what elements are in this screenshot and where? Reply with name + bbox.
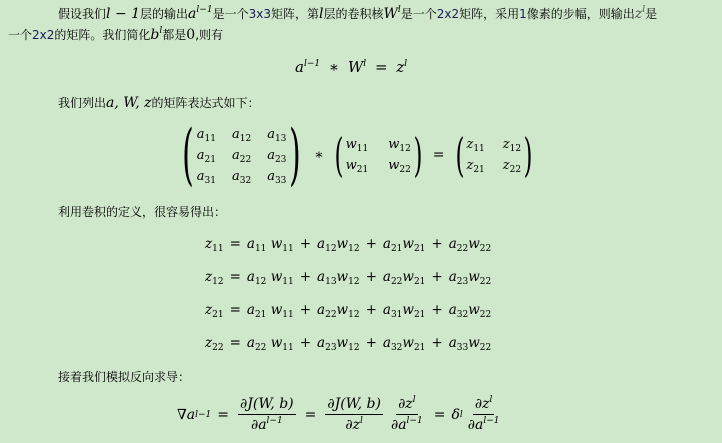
subscript: 22 — [457, 244, 468, 254]
right-paren: ) — [289, 122, 301, 188]
matrix-z: z11 z12 z21 z22 — [466, 137, 521, 173]
subscript: 33 — [275, 176, 286, 186]
subscript: 13 — [275, 134, 286, 144]
denominator: ∂al−1 — [249, 415, 285, 433]
subscript: 22 — [255, 343, 266, 353]
subscript: 22 — [212, 343, 223, 353]
number: 2x2 — [437, 7, 459, 21]
left-paren: ( — [455, 132, 464, 178]
matrix-w: w11 w12 w21 w22 — [346, 137, 411, 173]
expansion-z12: z12=a12 w11+a13w12+a22w21+a23w22 — [205, 269, 491, 285]
text: 一个 — [8, 28, 32, 42]
numerator: ∂J(W, b) — [325, 396, 383, 415]
convolution-equation: al−1 ∗ Wl = zl — [295, 58, 407, 76]
subscript: 11 — [282, 343, 293, 353]
text: 都是 — [162, 28, 186, 42]
text: 的矩阵。我们简化 — [54, 28, 150, 42]
subscript: 32 — [457, 310, 468, 320]
expansion-z11: z11=a11 w11+a12w12+a21w21+a22w22 — [205, 236, 491, 252]
math-W-l: Wl — [383, 6, 400, 22]
matrix-a-cell: a31 — [197, 169, 216, 184]
matrix-a-cell: a21 — [197, 148, 216, 163]
numerator: ∂zl — [473, 396, 495, 415]
subscript: 11 — [212, 244, 223, 254]
subscript: 12 — [348, 343, 359, 353]
math-a-W-z: a, W, z — [106, 95, 151, 111]
text: 是一个 — [213, 7, 249, 21]
subscript: 22 — [325, 310, 336, 320]
subscript: 12 — [240, 134, 251, 144]
text: 接着我们模拟反向求导： — [58, 370, 190, 384]
math-text: ∂z — [475, 396, 490, 412]
list-intro-paragraph: 我们列出a, W, z的矩阵表达式如下： — [58, 95, 260, 111]
text: ,则有 — [195, 28, 223, 42]
math-a: a — [295, 58, 304, 76]
text: 是一个 — [401, 7, 437, 21]
math-l-minus-1: l − 1 — [106, 6, 140, 22]
subscript: 22 — [480, 244, 491, 254]
subscript: 23 — [325, 343, 336, 353]
fraction-dJ-da: ∂J(W, b) ∂al−1 — [238, 396, 296, 433]
subscript: 31 — [391, 310, 402, 320]
subscript: 21 — [414, 244, 425, 254]
matrix-a-cell: a32 — [232, 169, 251, 184]
equals-sign: = — [375, 58, 388, 76]
math-text: ∂z — [398, 396, 413, 412]
math-z-l: zl — [635, 6, 645, 22]
matrix-z-cell: z22 — [503, 158, 521, 173]
numerator: ∂J(W, b) — [238, 396, 296, 415]
text: 是 — [645, 7, 657, 21]
matrix-a-cell: a13 — [267, 127, 286, 142]
matrix-w-cell: w22 — [388, 158, 411, 173]
left-paren: ( — [182, 122, 194, 188]
equals-sign: = — [217, 407, 229, 423]
fraction-dz-da-2: ∂zl ∂al−1 — [466, 396, 502, 433]
subscript: 21 — [212, 310, 223, 320]
subscript: 22 — [399, 165, 410, 175]
text: 我们列出 — [58, 96, 106, 110]
backprop-intro-paragraph: 接着我们模拟反向求导： — [58, 369, 190, 385]
intro-paragraph-line-2: 一个2x2的矩阵。我们简化bl都是0,则有 — [8, 27, 223, 43]
subscript: 11 — [282, 310, 293, 320]
subscript: 21 — [205, 155, 216, 165]
subscript: 12 — [212, 277, 223, 287]
math-text: ∂z — [345, 417, 360, 433]
math-sup: l−1 — [407, 416, 423, 426]
equals-sign: = — [305, 407, 317, 423]
expansion-z21: z21=a21 w11+a22w12+a31w21+a32w22 — [205, 302, 491, 318]
matrix-a-cell: a33 — [267, 169, 286, 184]
subscript: 11 — [282, 277, 293, 287]
subscript: 11 — [255, 244, 266, 254]
math-sup: l — [490, 395, 493, 405]
math-text: ∂a — [391, 417, 407, 433]
subscript: 21 — [473, 165, 484, 175]
subscript: 33 — [457, 343, 468, 353]
text: 矩阵，第 — [271, 7, 319, 21]
math-delta: δ — [451, 407, 459, 423]
text: 像素的步幅，则输出 — [527, 7, 635, 21]
matrix-w-cell: w12 — [388, 137, 411, 152]
subscript: 12 — [348, 277, 359, 287]
subscript: 12 — [255, 277, 266, 287]
number: 3x3 — [249, 7, 271, 21]
equals-sign: = — [433, 147, 445, 163]
subscript: 22 — [510, 165, 521, 175]
subscript: 21 — [255, 310, 266, 320]
math-sup: l−1 — [196, 5, 212, 15]
subscript: 13 — [325, 277, 336, 287]
subscript: 23 — [275, 155, 286, 165]
definition-intro-paragraph: 利用卷积的定义，很容易得出： — [58, 204, 226, 220]
subscript: 11 — [282, 244, 293, 254]
denominator: ∂zl — [343, 415, 365, 433]
subscript: 31 — [205, 176, 216, 186]
subscript: 21 — [357, 165, 368, 175]
subscript: 12 — [325, 244, 336, 254]
text: 层的输出 — [140, 7, 188, 21]
matrix-equation: ( a11 a12 a13 a21 a22 a23 a31 a32 a33 ) … — [175, 119, 537, 191]
math-b-l: bl — [150, 27, 162, 43]
number: 2x2 — [32, 28, 54, 42]
text: 矩阵，采用 — [459, 7, 519, 21]
right-paren: ) — [413, 132, 422, 178]
math-text: ∂a — [251, 417, 267, 433]
subscript: 32 — [240, 176, 251, 186]
math-sup: l — [413, 395, 416, 405]
subscript: 21 — [391, 244, 402, 254]
gradient-equation: ∇al−1 = ∂J(W, b) ∂al−1 = ∂J(W, b) ∂zl ∂z… — [177, 396, 505, 433]
subscript: 12 — [510, 144, 521, 154]
math-sup: l — [404, 59, 407, 69]
subscript: 22 — [480, 310, 491, 320]
math-zero: 0 — [186, 27, 195, 43]
math-text: ∂a — [468, 417, 484, 433]
subscript: 22 — [480, 277, 491, 287]
matrix-z-cell: z12 — [503, 137, 521, 152]
matrix-w-cell: w21 — [346, 158, 369, 173]
subscript: 11 — [205, 134, 216, 144]
denominator: ∂al−1 — [466, 415, 502, 433]
subscript: 21 — [414, 277, 425, 287]
matrix-a-cell: a12 — [232, 127, 251, 142]
subscript: 21 — [414, 343, 425, 353]
math-W: W — [348, 58, 363, 76]
math-a-l-1: al−1 — [188, 6, 213, 22]
math-sup: l — [360, 416, 363, 426]
matrix-a: a11 a12 a13 a21 a22 a23 a31 a32 a33 — [197, 127, 287, 184]
expansion-z22: z22=a22 w11+a23w12+a32w21+a33w22 — [205, 335, 491, 351]
numerator: ∂zl — [396, 396, 418, 415]
fraction-dJ-dz: ∂J(W, b) ∂zl — [325, 396, 383, 433]
nabla-symbol: ∇ — [177, 407, 187, 423]
subscript: 22 — [391, 277, 402, 287]
equals-sign: = — [434, 407, 446, 423]
math-sup: l−1 — [304, 59, 320, 69]
matrix-z-cell: z11 — [466, 137, 484, 152]
matrix-a-cell: a11 — [197, 127, 216, 142]
subscript: 22 — [240, 155, 251, 165]
math-sup: l−1 — [267, 416, 283, 426]
subscript: 22 — [480, 343, 491, 353]
subscript: 21 — [414, 310, 425, 320]
matrix-w-cell: w11 — [346, 137, 369, 152]
intro-paragraph-line-1: 假设我们l − 1层的输出al−1是一个3x3矩阵，第l层的卷积核Wl是一个2x… — [58, 6, 657, 22]
subscript: 11 — [357, 144, 368, 154]
subscript: 32 — [391, 343, 402, 353]
math-sup: l−1 — [483, 416, 499, 426]
matrix-a-cell: a23 — [267, 148, 286, 163]
matrix-z-cell: z21 — [466, 158, 484, 173]
denominator: ∂al−1 — [389, 415, 425, 433]
text: 假设我们 — [58, 7, 106, 21]
math-text: W — [383, 6, 397, 22]
text: 层的卷积核 — [323, 7, 383, 21]
text: 的矩阵表达式如下： — [151, 96, 259, 110]
convolution-operator: ∗ — [314, 147, 324, 163]
number: 1 — [519, 7, 527, 21]
math-a: a — [187, 407, 195, 423]
fraction-dz-da: ∂zl ∂al−1 — [389, 396, 425, 433]
subscript: 12 — [348, 244, 359, 254]
right-paren: ) — [524, 132, 533, 178]
subscript: 11 — [473, 144, 484, 154]
math-sup: l — [363, 59, 366, 69]
subscript: 12 — [348, 310, 359, 320]
subscript: 12 — [399, 144, 410, 154]
convolution-operator: ∗ — [329, 58, 339, 76]
matrix-a-cell: a22 — [232, 148, 251, 163]
subscript: 23 — [457, 277, 468, 287]
left-paren: ( — [334, 132, 343, 178]
math-text: l − 1 — [106, 6, 140, 22]
text: 利用卷积的定义，很容易得出： — [58, 205, 226, 219]
